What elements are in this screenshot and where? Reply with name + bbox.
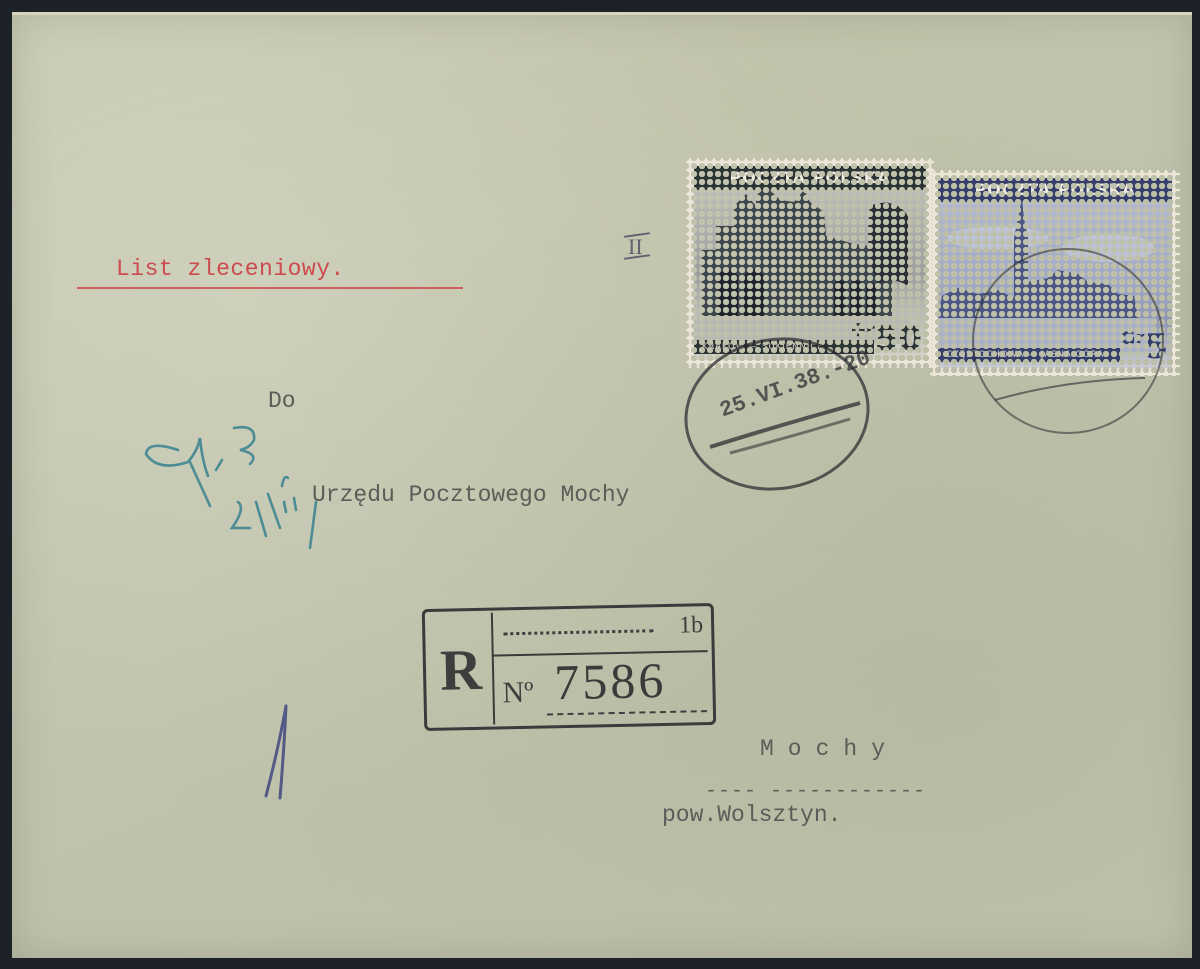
city-underline: ---- ------------: [705, 780, 926, 803]
address-district: pow.Wolsztyn.: [662, 802, 841, 828]
postmark-bar: [985, 360, 1155, 410]
registration-number: 7586: [554, 651, 667, 711]
heading-underline: [77, 287, 463, 289]
building-illustration-icon: [694, 166, 910, 344]
roman-numeral-mark: II: [628, 234, 643, 260]
address-recipient: Urzędu Pocztowego Mochy: [312, 482, 629, 508]
registration-office: 1b: [499, 612, 704, 643]
registration-label: R 1b Nº 7586: [422, 603, 716, 731]
stamp-krakow: POCZTA POLSKA KRAKÓW — SUKIENNICE Gr50: [686, 158, 934, 368]
handwritten-note-icon: [138, 410, 328, 550]
handwritten-one-icon: [258, 700, 298, 810]
letter-type-heading: List zleceniowy.: [116, 256, 345, 282]
postmark-bar: [700, 395, 870, 455]
registration-letter: R: [439, 641, 482, 700]
registration-number-label: Nº: [502, 676, 534, 711]
address-city: Mochy: [760, 736, 899, 762]
